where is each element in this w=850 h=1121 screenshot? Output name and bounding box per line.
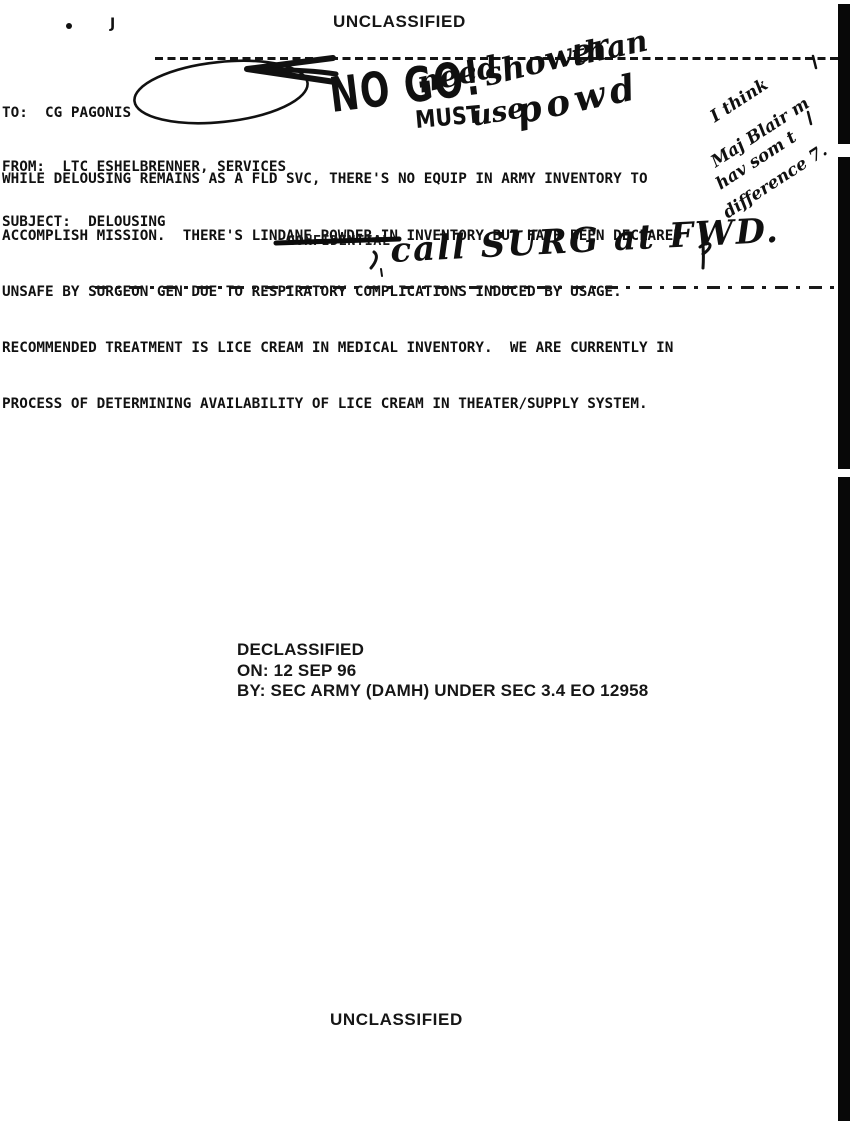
margin-note: I think Maj Blair m hav som t difference… <box>706 75 831 223</box>
scanned-memo-page: UNCLASSIFIED TO: CG PAGONIS FROM: LTC ES… <box>0 0 850 1121</box>
handwritten-call-note: call SURG at FWD. <box>389 211 780 271</box>
handwritten-annotation-layer: J NO GO! need shower than MUST use powd … <box>0 0 850 1121</box>
pen-dot-mark <box>66 23 72 29</box>
handwritten-comma <box>371 252 376 268</box>
confidential-strike-line <box>276 239 399 243</box>
handwritten-top-mark: J <box>109 16 115 32</box>
